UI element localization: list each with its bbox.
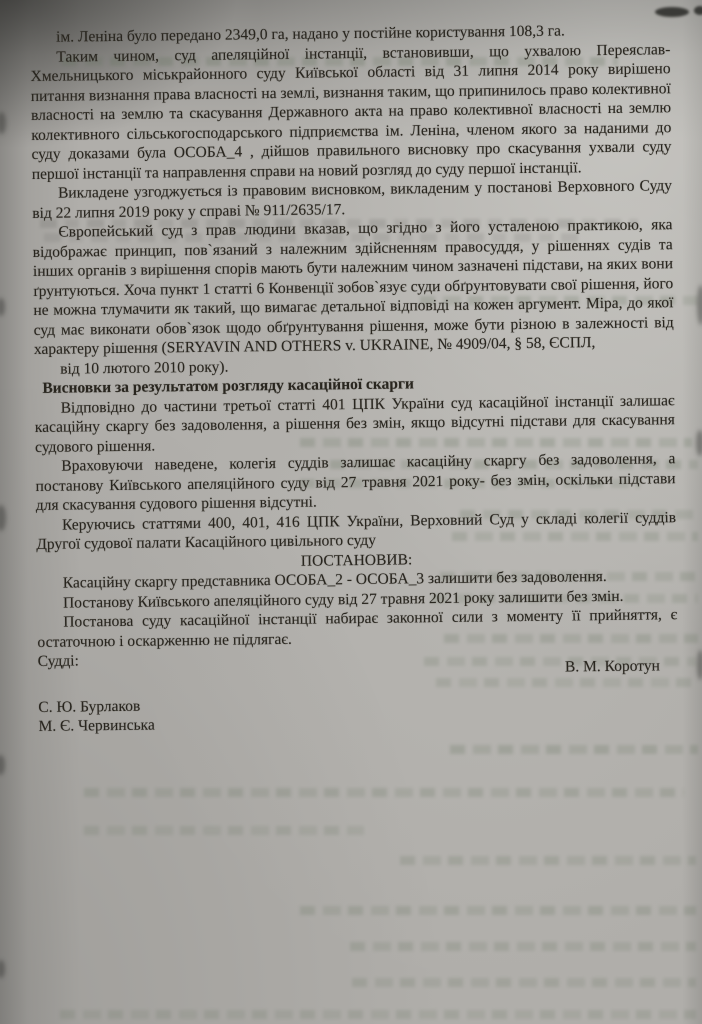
- judge-name-presiding: В. М. Коротун: [565, 656, 660, 677]
- edge-smudge: [0, 112, 6, 134]
- edge-smudge: [0, 960, 5, 978]
- bleedthrough-artifact: [450, 745, 698, 754]
- bleedthrough-artifact: [352, 978, 696, 987]
- edge-smudge: [0, 755, 5, 775]
- bleedthrough-artifact: [60, 1010, 696, 1019]
- edge-smudge: [0, 298, 5, 316]
- bleedthrough-artifact: [350, 942, 696, 951]
- photo-artifact-blob: [694, 6, 702, 15]
- bleedthrough-artifact: [400, 856, 696, 865]
- paragraph-appeal-findings: Таким чином, суд апеляційної інстанції, …: [30, 40, 672, 184]
- bleedthrough-artifact: [84, 826, 364, 835]
- document-text-layer: ім. Леніна було передано 2349,0 га, нада…: [30, 20, 679, 736]
- edge-smudge: [0, 505, 6, 531]
- judges-label: Судді:: [38, 651, 79, 671]
- photographed-document-page: ім. Леніна було передано 2349,0 га, нада…: [0, 0, 702, 1024]
- paragraph-panel-conclusion: Враховуючи наведене, колегія суддів зали…: [35, 449, 676, 515]
- edge-smudge: [697, 285, 702, 325]
- edge-smudge: [697, 650, 702, 680]
- bleedthrough-artifact: [84, 788, 684, 797]
- photo-artifact-blob: [655, 7, 689, 17]
- edge-smudge: [696, 430, 702, 456]
- paragraph-article-401: Відповідно до частини третьої статті 401…: [35, 391, 676, 457]
- paragraph-echr: Європейський суд з прав людини вказав, щ…: [32, 215, 674, 359]
- bleedthrough-artifact: [300, 906, 696, 915]
